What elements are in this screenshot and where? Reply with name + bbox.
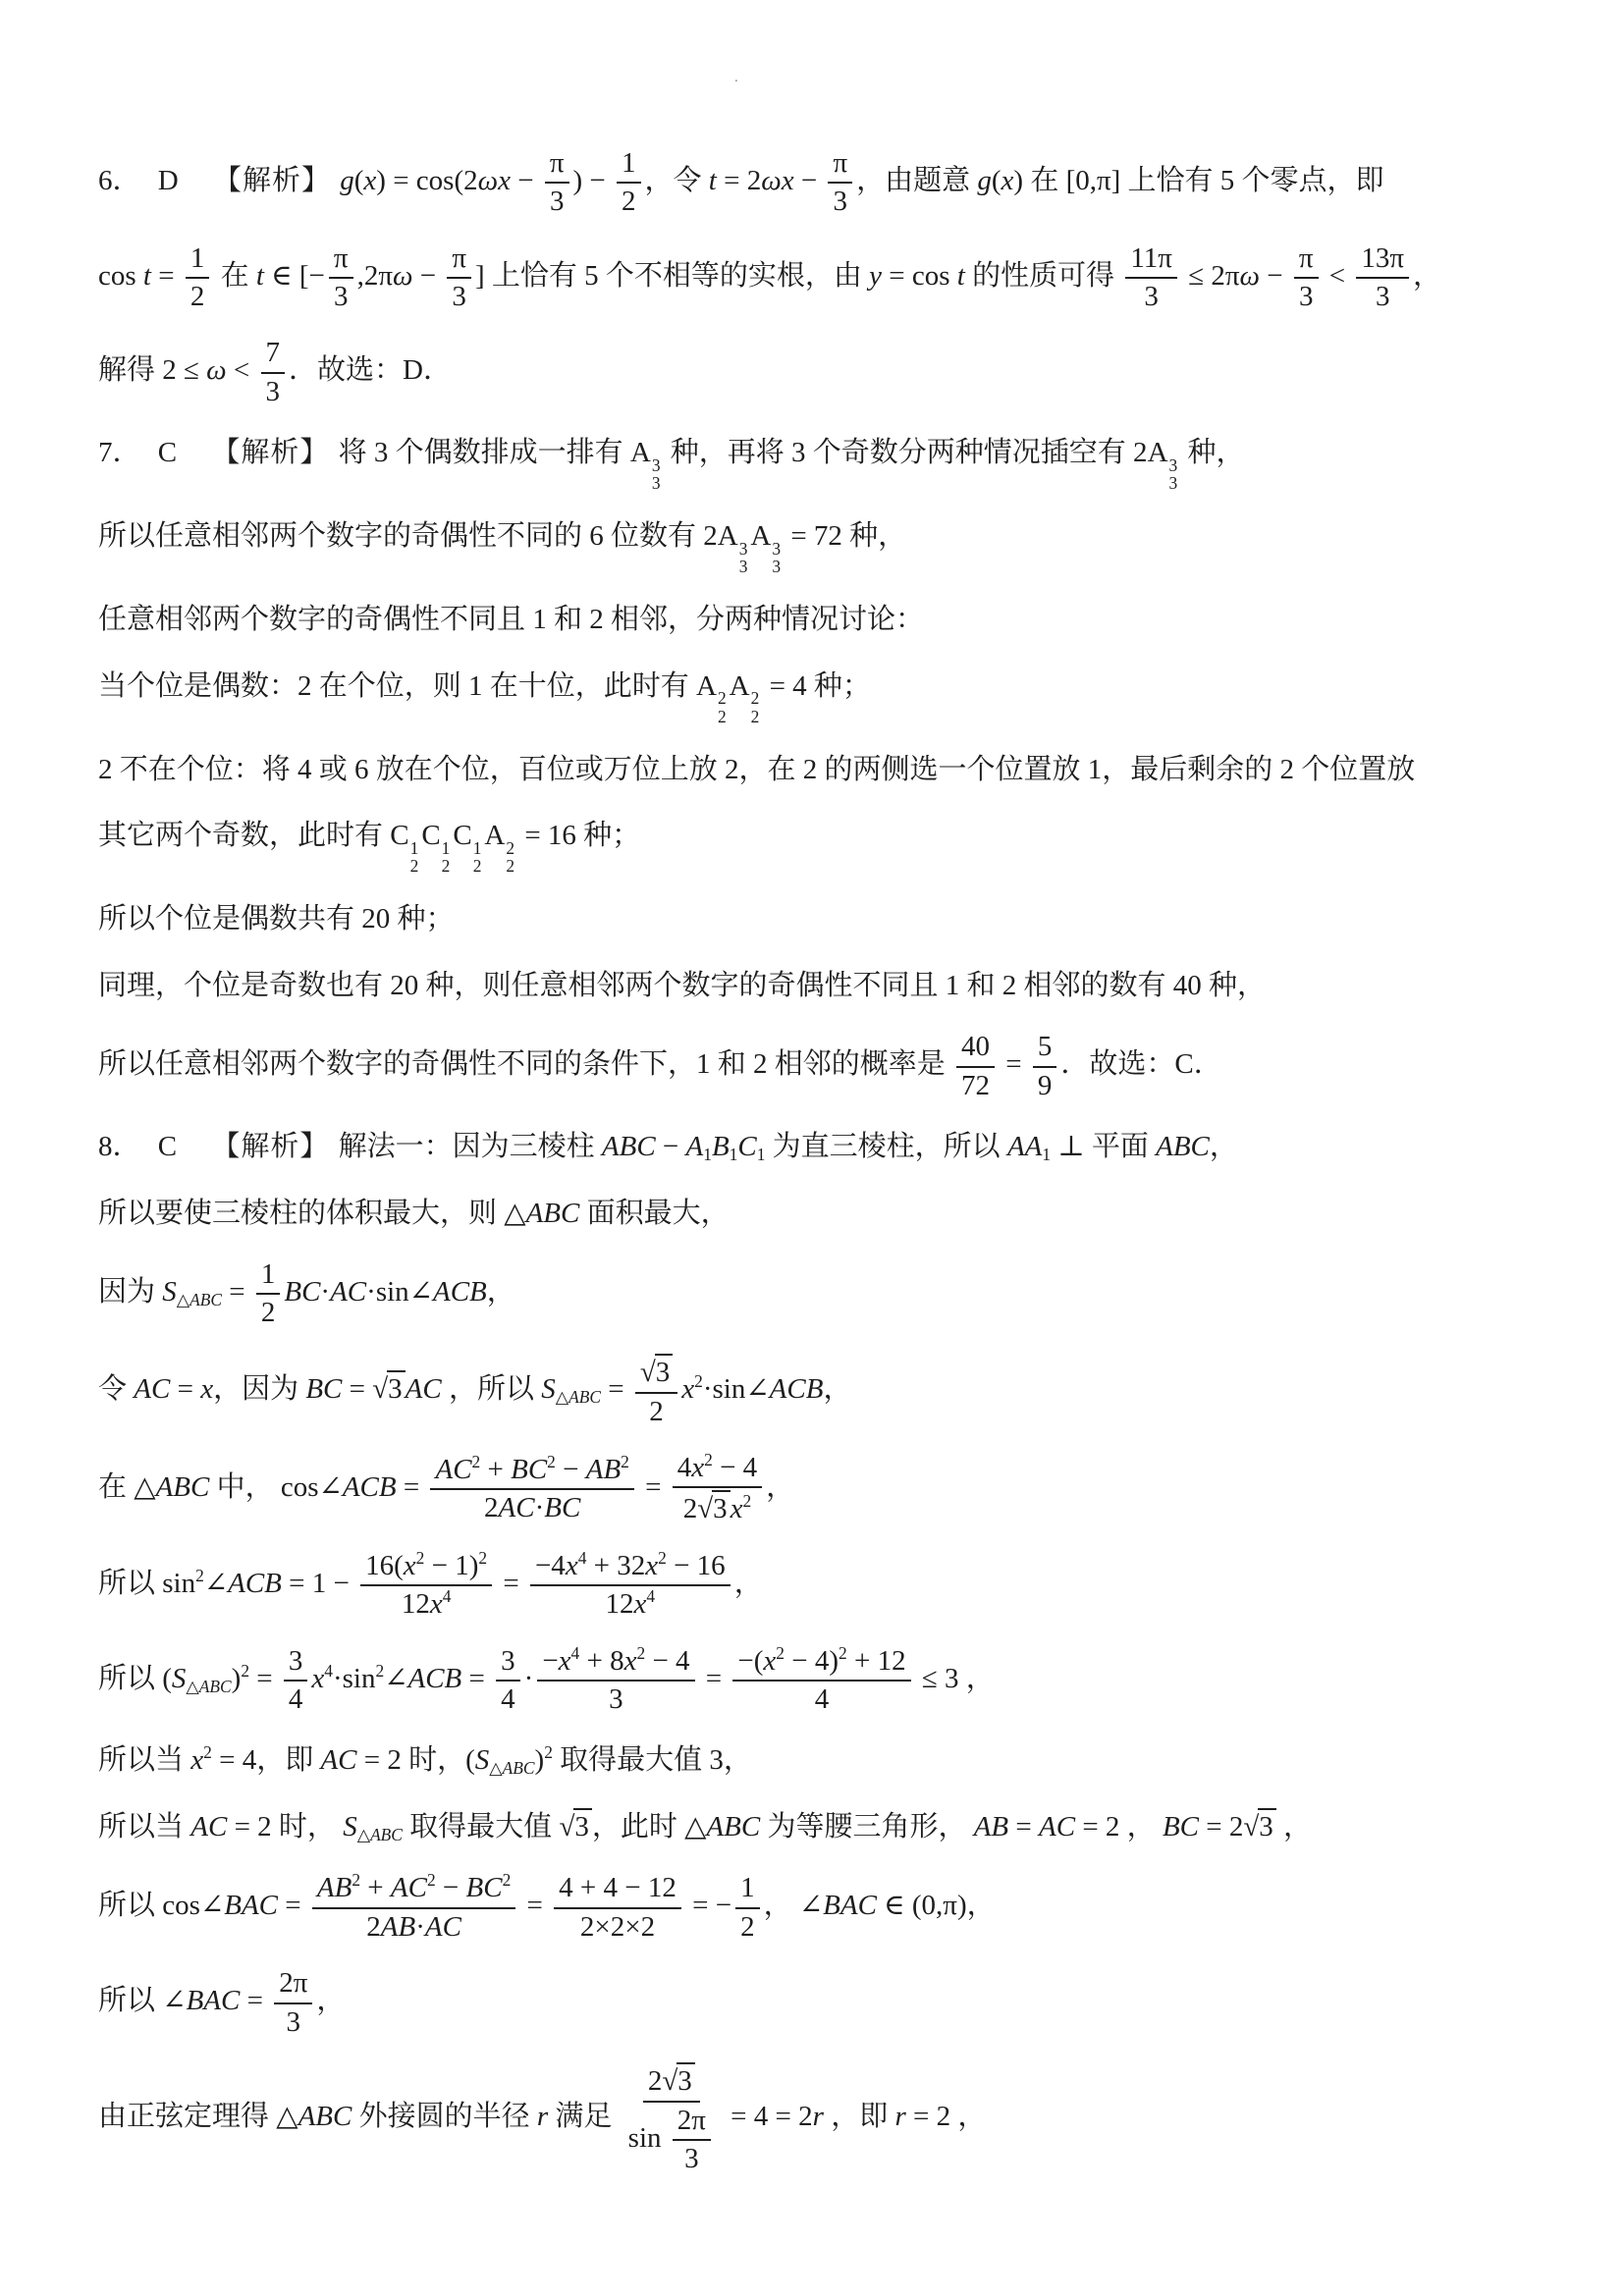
fraction: π3 xyxy=(329,242,353,314)
solution-line: 由正弦定理得 △ABC 外接圆的半径 r 满足 2√3sin 2π3 = 4 =… xyxy=(98,2062,1534,2175)
answer-letter: D xyxy=(158,165,179,196)
line-content: 因为 S△ABC = 12BC·AC·sin∠ACB， xyxy=(98,1276,515,1308)
line-content: 当个位是偶数：2 在个位，则 1 在十位，此时有 A22A22 = 4 种； xyxy=(98,670,871,702)
answer-letter: C xyxy=(158,437,177,468)
solution-line: 所以当 x2 = 4，即 AC = 2 时，(S△ABC)2 取得最大值 3， xyxy=(98,1739,1534,1783)
radical: √3 xyxy=(640,1354,673,1390)
fraction: π3 xyxy=(545,147,569,219)
solution-line: 在 △ABC 中， cos∠ACB = AC2 + BC2 − AB22AC·B… xyxy=(98,1452,1534,1526)
combinatorial-symbol: A33 xyxy=(718,520,751,552)
radical: √3 xyxy=(1243,1806,1275,1849)
fraction: AC2 + BC2 − AB22AC·BC xyxy=(430,1454,633,1525)
combinatorial-symbol: A33 xyxy=(1148,437,1181,468)
fraction: 12 xyxy=(735,1872,760,1944)
problem-7-solution: 7． C 【解析】 将 3 个偶数排成一排有 A33 种，再将 3 个奇数分两种… xyxy=(98,432,1534,1102)
solution-line: 6． D 【解析】 g(x) = cos(2ωx − π3) − 12，令 t … xyxy=(98,147,1534,219)
fraction: 13π3 xyxy=(1356,242,1409,314)
solution-line: 所以 (S△ABC)2 = 34x4·sin2∠ACB = 34·−x4 + 8… xyxy=(98,1645,1534,1717)
solution-line: 8． C 【解析】 解法一：因为三棱柱 ABC − A1B1C1 为直三棱柱，所… xyxy=(98,1126,1534,1169)
fraction: 2π3 xyxy=(673,2105,711,2176)
fraction: 34 xyxy=(284,1645,308,1717)
line-content: cos t = 12 在 t ∈ [−π3,2πω − π3] 上恰有 5 个不… xyxy=(98,260,1441,292)
line-content: 所以任意相邻两个数字的奇偶性不同的 6 位数有 2A33A33 = 72 种， xyxy=(98,520,906,552)
line-content: 所以 cos∠BAC = AB2 + AC2 − BC22AB·AC = 4 +… xyxy=(98,1890,996,1921)
solution-line: 同理，个位是奇数也有 20 种，则任意相邻两个数字的奇偶性不同且 1 和 2 相… xyxy=(98,965,1534,1008)
fraction: 4 + 4 − 122×2×2 xyxy=(554,1872,681,1944)
problem-8-solution: 8． C 【解析】 解法一：因为三棱柱 ABC − A1B1C1 为直三棱柱，所… xyxy=(98,1126,1534,2175)
solution-line: 所以要使三棱柱的体积最大，则 △ABC 面积最大， xyxy=(98,1193,1534,1236)
solution-line: 其它两个奇数，此时有 C12C12C12A22 = 16 种； xyxy=(98,815,1534,875)
solution-line: 所以 sin2∠ACB = 1 − 16(x2 − 1)212x4 = −4x4… xyxy=(98,1550,1534,1622)
radical: √3 xyxy=(559,1806,591,1849)
line-content: g(x) = cos(2ωx − π3) − 12，令 t = 2ωx − π3… xyxy=(340,165,1383,196)
line-content: 所以任意相邻两个数字的奇偶性不同的条件下，1 和 2 相邻的概率是 4072 =… xyxy=(98,1048,1222,1080)
line-content: 令 AC = x，因为 BC = √3AC ，所以 S△ABC = √32x2·… xyxy=(98,1373,851,1405)
analysis-tag: 【解析】 xyxy=(211,1131,329,1162)
radical: √3 xyxy=(697,1490,730,1526)
problem-number: 6． xyxy=(98,165,141,196)
combinatorial-symbol: A22 xyxy=(484,820,517,851)
fraction: 73 xyxy=(261,337,286,408)
line-content: 同理，个位是奇数也有 20 种，则任意相邻两个数字的奇偶性不同且 1 和 2 相… xyxy=(98,970,1266,1001)
line-content: 在 △ABC 中， cos∠ACB = AC2 + BC2 − AB22AC·B… xyxy=(98,1471,794,1503)
line-content: 解法一：因为三棱柱 ABC − A1B1C1 为直三棱柱，所以 AA1 ⊥ 平面… xyxy=(339,1131,1238,1162)
line-content: 所以当 x2 = 4，即 AC = 2 时，(S△ABC)2 取得最大值 3， xyxy=(98,1744,752,1776)
line-content: 所以要使三棱柱的体积最大，则 △ABC 面积最大， xyxy=(98,1198,730,1229)
line-content: 所以个位是偶数共有 20 种； xyxy=(98,903,455,934)
line-content: 所以 (S△ABC)2 = 34x4·sin2∠ACB = 34·−x4 + 8… xyxy=(98,1663,995,1694)
fraction: 11π3 xyxy=(1125,242,1177,314)
solution-line: 所以当 AC = 2 时， S△ABC 取得最大值 √3，此时 △ABC 为等腰… xyxy=(98,1806,1534,1849)
line-content: 解得 2 ≤ ω < 73．故选：D． xyxy=(98,354,452,386)
solution-line: 2 不在个位：将 4 或 6 放在个位，百位或万位上放 2，在 2 的两侧选一个… xyxy=(98,749,1534,792)
fraction: 2π3 xyxy=(274,1967,312,2039)
combinatorial-symbol: A22 xyxy=(696,670,730,702)
answer-letter: C xyxy=(158,1131,177,1162)
fraction: −(x2 − 4)2 + 124 xyxy=(732,1645,910,1717)
problem-number: 7． xyxy=(98,437,141,468)
solution-line: 所以个位是偶数共有 20 种； xyxy=(98,898,1534,941)
solution-line: 当个位是偶数：2 在个位，则 1 在十位，此时有 A22A22 = 4 种； xyxy=(98,666,1534,725)
fraction: 12 xyxy=(617,147,641,219)
problem-6-solution: 6． D 【解析】 g(x) = cos(2ωx − π3) − 12，令 t … xyxy=(98,147,1534,408)
combinatorial-symbol: C12 xyxy=(421,820,453,851)
fraction: −x4 + 8x2 − 43 xyxy=(537,1645,694,1717)
line-content: 由正弦定理得 △ABC 外接圆的半径 r 满足 2√3sin 2π3 = 4 =… xyxy=(98,2101,986,2132)
fraction: 59 xyxy=(1033,1031,1057,1102)
stray-dot: . xyxy=(734,71,738,85)
analysis-tag: 【解析】 xyxy=(211,437,329,468)
combinatorial-symbol: A33 xyxy=(630,437,664,468)
fraction: 34 xyxy=(496,1645,520,1717)
line-content: 任意相邻两个数字的奇偶性不同且 1 和 2 相邻，分两种情况讨论： xyxy=(98,604,924,635)
solution-line: 所以 ∠BAC = 2π3， xyxy=(98,1967,1534,2039)
fraction: 16(x2 − 1)212x4 xyxy=(360,1550,492,1622)
problems-container: 6． D 【解析】 g(x) = cos(2ωx − π3) − 12，令 t … xyxy=(98,147,1534,2175)
fraction: AB2 + AC2 − BC22AB·AC xyxy=(312,1872,515,1944)
combinatorial-symbol: A22 xyxy=(730,670,763,702)
line-content: 所以 ∠BAC = 2π3， xyxy=(98,1985,345,2016)
radical: √3 xyxy=(662,2062,694,2099)
fraction: π3 xyxy=(1294,242,1319,314)
line-content: 2 不在个位：将 4 或 6 放在个位，百位或万位上放 2，在 2 的两侧选一个… xyxy=(98,754,1415,785)
combinatorial-symbol: A33 xyxy=(750,520,784,552)
line-content: 所以当 AC = 2 时， S△ABC 取得最大值 √3，此时 △ABC 为等腰… xyxy=(98,1811,1312,1842)
radical: √3 xyxy=(372,1368,405,1412)
fraction: 4072 xyxy=(956,1031,995,1102)
line-content: 其它两个奇数，此时有 C12C12C12A22 = 16 种； xyxy=(98,820,640,851)
solution-line: 令 AC = x，因为 BC = √3AC ，所以 S△ABC = √32x2·… xyxy=(98,1354,1534,1428)
fraction: 2√3sin 2π3 xyxy=(623,2062,720,2175)
solution-line: 解得 2 ≤ ω < 73．故选：D． xyxy=(98,337,1534,408)
solution-line: cos t = 12 在 t ∈ [−π3,2πω − π3] 上恰有 5 个不… xyxy=(98,242,1534,314)
fraction: 12 xyxy=(256,1258,281,1330)
solution-page: . 6． D 【解析】 g(x) = cos(2ωx − π3) − 12，令 … xyxy=(0,0,1624,2296)
fraction: −4x4 + 32x2 − 1612x4 xyxy=(530,1550,731,1622)
combinatorial-symbol: C12 xyxy=(453,820,484,851)
solution-line: 因为 S△ABC = 12BC·AC·sin∠ACB， xyxy=(98,1258,1534,1330)
solution-line: 7． C 【解析】 将 3 个偶数排成一排有 A33 种，再将 3 个奇数分两种… xyxy=(98,432,1534,492)
solution-line: 任意相邻两个数字的奇偶性不同且 1 和 2 相邻，分两种情况讨论： xyxy=(98,599,1534,642)
analysis-tag: 【解析】 xyxy=(213,165,331,196)
line-content: 所以 sin2∠ACB = 1 − 16(x2 − 1)212x4 = −4x4… xyxy=(98,1568,763,1599)
problem-number: 8． xyxy=(98,1131,141,1162)
fraction: π3 xyxy=(828,147,852,219)
fraction: 12 xyxy=(186,242,210,314)
combinatorial-symbol: C12 xyxy=(390,820,421,851)
line-content: 将 3 个偶数排成一排有 A33 种，再将 3 个奇数分两种情况插空有 2A33… xyxy=(339,437,1245,468)
solution-line: 所以任意相邻两个数字的奇偶性不同的 6 位数有 2A33A33 = 72 种， xyxy=(98,515,1534,575)
solution-line: 所以 cos∠BAC = AB2 + AC2 − BC22AB·AC = 4 +… xyxy=(98,1872,1534,1944)
fraction: 4x2 − 42√3x2 xyxy=(673,1452,762,1526)
solution-line: 所以任意相邻两个数字的奇偶性不同的条件下，1 和 2 相邻的概率是 4072 =… xyxy=(98,1031,1534,1102)
fraction: π3 xyxy=(447,242,471,314)
fraction: √32 xyxy=(635,1354,677,1428)
